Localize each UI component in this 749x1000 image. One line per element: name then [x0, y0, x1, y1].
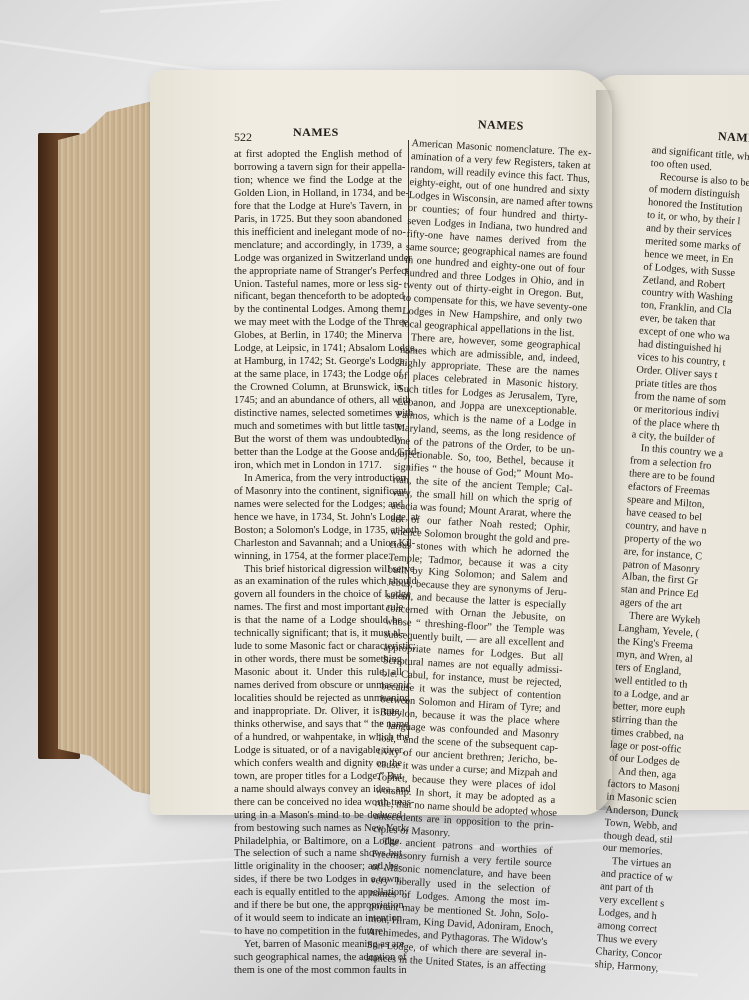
text-line: at first adopted the English method of: [234, 149, 402, 162]
text-line: much and sometimes with but little taste…: [234, 421, 402, 434]
text-line: Boston; a Solomon's Lodge, in 1735, at b…: [234, 525, 402, 538]
text-line: Golden Lion, in Holland, in 1734, and be…: [234, 188, 402, 201]
text-line: Masonic about it. Under this rule, all: [234, 667, 402, 680]
text-line: the Crowned Column, at Brunswick, in: [234, 382, 402, 395]
text-line: this inefficient and inelegant mode of n…: [234, 227, 402, 240]
text-line: distinctive names, selected sometimes wi…: [234, 408, 402, 421]
text-line: govern all founders in the choice of Lod…: [234, 589, 402, 602]
text-line: lude to some Masonic fact or characteris…: [234, 641, 402, 654]
text-line: 1745; and an abundance of others, all wi…: [234, 395, 402, 408]
text-line: Charleston and Savannah; and a Union Kil…: [234, 538, 402, 551]
text-line: technically significant; that is, it mus…: [234, 628, 402, 641]
text-line: and inappropriate. Dr. Oliver, it is tru…: [234, 706, 402, 719]
text-line: names were selected for the Lodges; and: [234, 499, 402, 512]
text-line: by the continental Lodges. Among them: [234, 304, 402, 317]
text-line: fore that the Lodge at Hure's Tavern, in: [234, 201, 402, 214]
text-line: borrowing a tavern sign for their appell…: [234, 162, 402, 175]
text-line: Lodge was organized in Switzerland under: [234, 253, 402, 266]
running-head-right-column: NAMES: [478, 117, 524, 134]
text-line: In America, from the very introduction: [234, 473, 402, 486]
text-line: localities should be rejected as unmeani…: [234, 693, 402, 706]
text-line: This brief historical digression will se…: [234, 564, 402, 577]
text-line: the appropriate name of Stranger's Perfe…: [234, 266, 402, 279]
text-line: at the same place, in 1743; the Lodge of: [234, 369, 402, 382]
text-line: But the worst of them was undoubtedly: [234, 434, 402, 447]
text-line: better than the Lodge at the Goose and G…: [234, 447, 402, 460]
text-line: menclature; and accordingly, in 1739, a: [234, 240, 402, 253]
text-line: winning, in 1754, at the former place.: [234, 551, 402, 564]
text-line: thinks otherwise, and says that “ the na…: [234, 719, 402, 732]
text-line: names derived from obscure or unmasonic: [234, 680, 402, 693]
text-line: Lodge, at Leipsic, in 1741; Absalom Lodg…: [234, 343, 402, 356]
text-line: we may meet with the Lodge of the Three: [234, 317, 402, 330]
text-line: as an examination of the rules which sho…: [234, 576, 402, 589]
text-line: in other words, there must be something: [234, 654, 402, 667]
text-line: hence we have, in 1734, St. John's Lodge…: [234, 512, 402, 525]
text-line: Paris, in 1725. But they soon abandoned: [234, 214, 402, 227]
text-line: names. The first and most important rule: [234, 602, 402, 615]
text-line: is that the name of a Lodge should be: [234, 615, 402, 628]
text-line: of Masonry into the continent, significa…: [234, 486, 402, 499]
paper-crease: [100, 0, 499, 13]
text-line: iron, which met in London in 1717.: [234, 460, 402, 473]
text-line: nificant, began thenceforth to be adopte…: [234, 291, 402, 304]
text-line: of a hundred, or wahpentake, in which th…: [234, 732, 402, 745]
text-line: Globes, at Berlin, in 1740; the Minerva: [234, 330, 402, 343]
text-line: them is one of the most common faults in: [234, 965, 402, 978]
running-head-facing-page: NAME: [718, 129, 749, 146]
text-line: Union. Tasteful names, more or less sig-: [234, 279, 402, 292]
text-line: at Hamburg, in 1742; St. George's Lodge,: [234, 356, 402, 369]
running-head-left: NAMES: [293, 125, 339, 140]
text-line: tion; whence we find the Lodge at the: [234, 175, 402, 188]
page-number: 522: [234, 130, 252, 145]
